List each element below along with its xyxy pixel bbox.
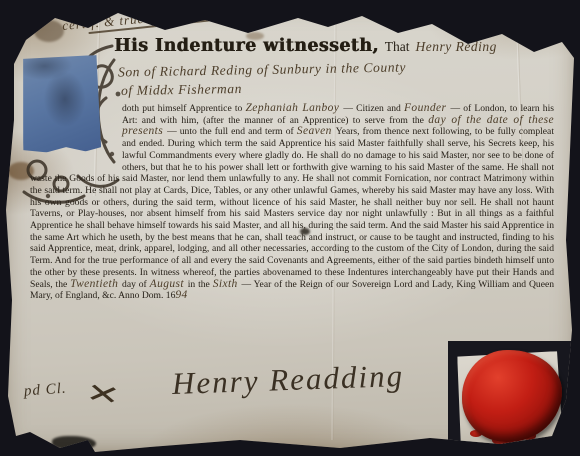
heading-that: That bbox=[385, 39, 410, 54]
handwritten-insert-day: Twentieth bbox=[70, 278, 122, 290]
indenture-parchment: certif. & true Remitt'd bbox=[0, 0, 580, 456]
heading-blackletter: His Indenture witnesseth, bbox=[114, 36, 379, 56]
print-segment: in the bbox=[188, 279, 213, 290]
handwritten-insert-term-years: Seaven bbox=[297, 125, 336, 137]
print-segment: day of bbox=[122, 279, 150, 290]
ink-stroke bbox=[225, 6, 285, 12]
handwritten-parish-line: of Middx Fisherman bbox=[121, 81, 242, 99]
photo-background: certif. & true Remitt'd bbox=[0, 0, 580, 456]
indenture-body-text: doth put himself Apprentice to Zephaniah… bbox=[30, 103, 554, 302]
apprentice-name-handwritten: Henry Reding bbox=[416, 39, 497, 54]
print-segment: — unto the full end and term of bbox=[167, 126, 297, 137]
print-segment: — Citizen and bbox=[343, 103, 404, 114]
cross-mark: ✕ bbox=[84, 378, 123, 413]
indenture-heading: His Indenture witnesseth,ThatHenry Redin… bbox=[114, 36, 497, 56]
torn-edge-shadow bbox=[52, 436, 96, 450]
handwritten-insert-trade: Founder bbox=[404, 102, 450, 114]
print-segment: doth put himself Apprentice to bbox=[122, 103, 246, 114]
handwritten-insert-year-digits: 94 bbox=[175, 289, 187, 301]
clerk-paid-note: pd Cl. bbox=[23, 381, 67, 401]
handwritten-insert-master-name: Zephaniah Lanboy bbox=[246, 102, 344, 114]
handwritten-insert-regnal-year: Sixth bbox=[213, 278, 242, 290]
initial-wrap-spacer bbox=[30, 103, 122, 165]
handwritten-insert-month: August bbox=[150, 278, 188, 290]
